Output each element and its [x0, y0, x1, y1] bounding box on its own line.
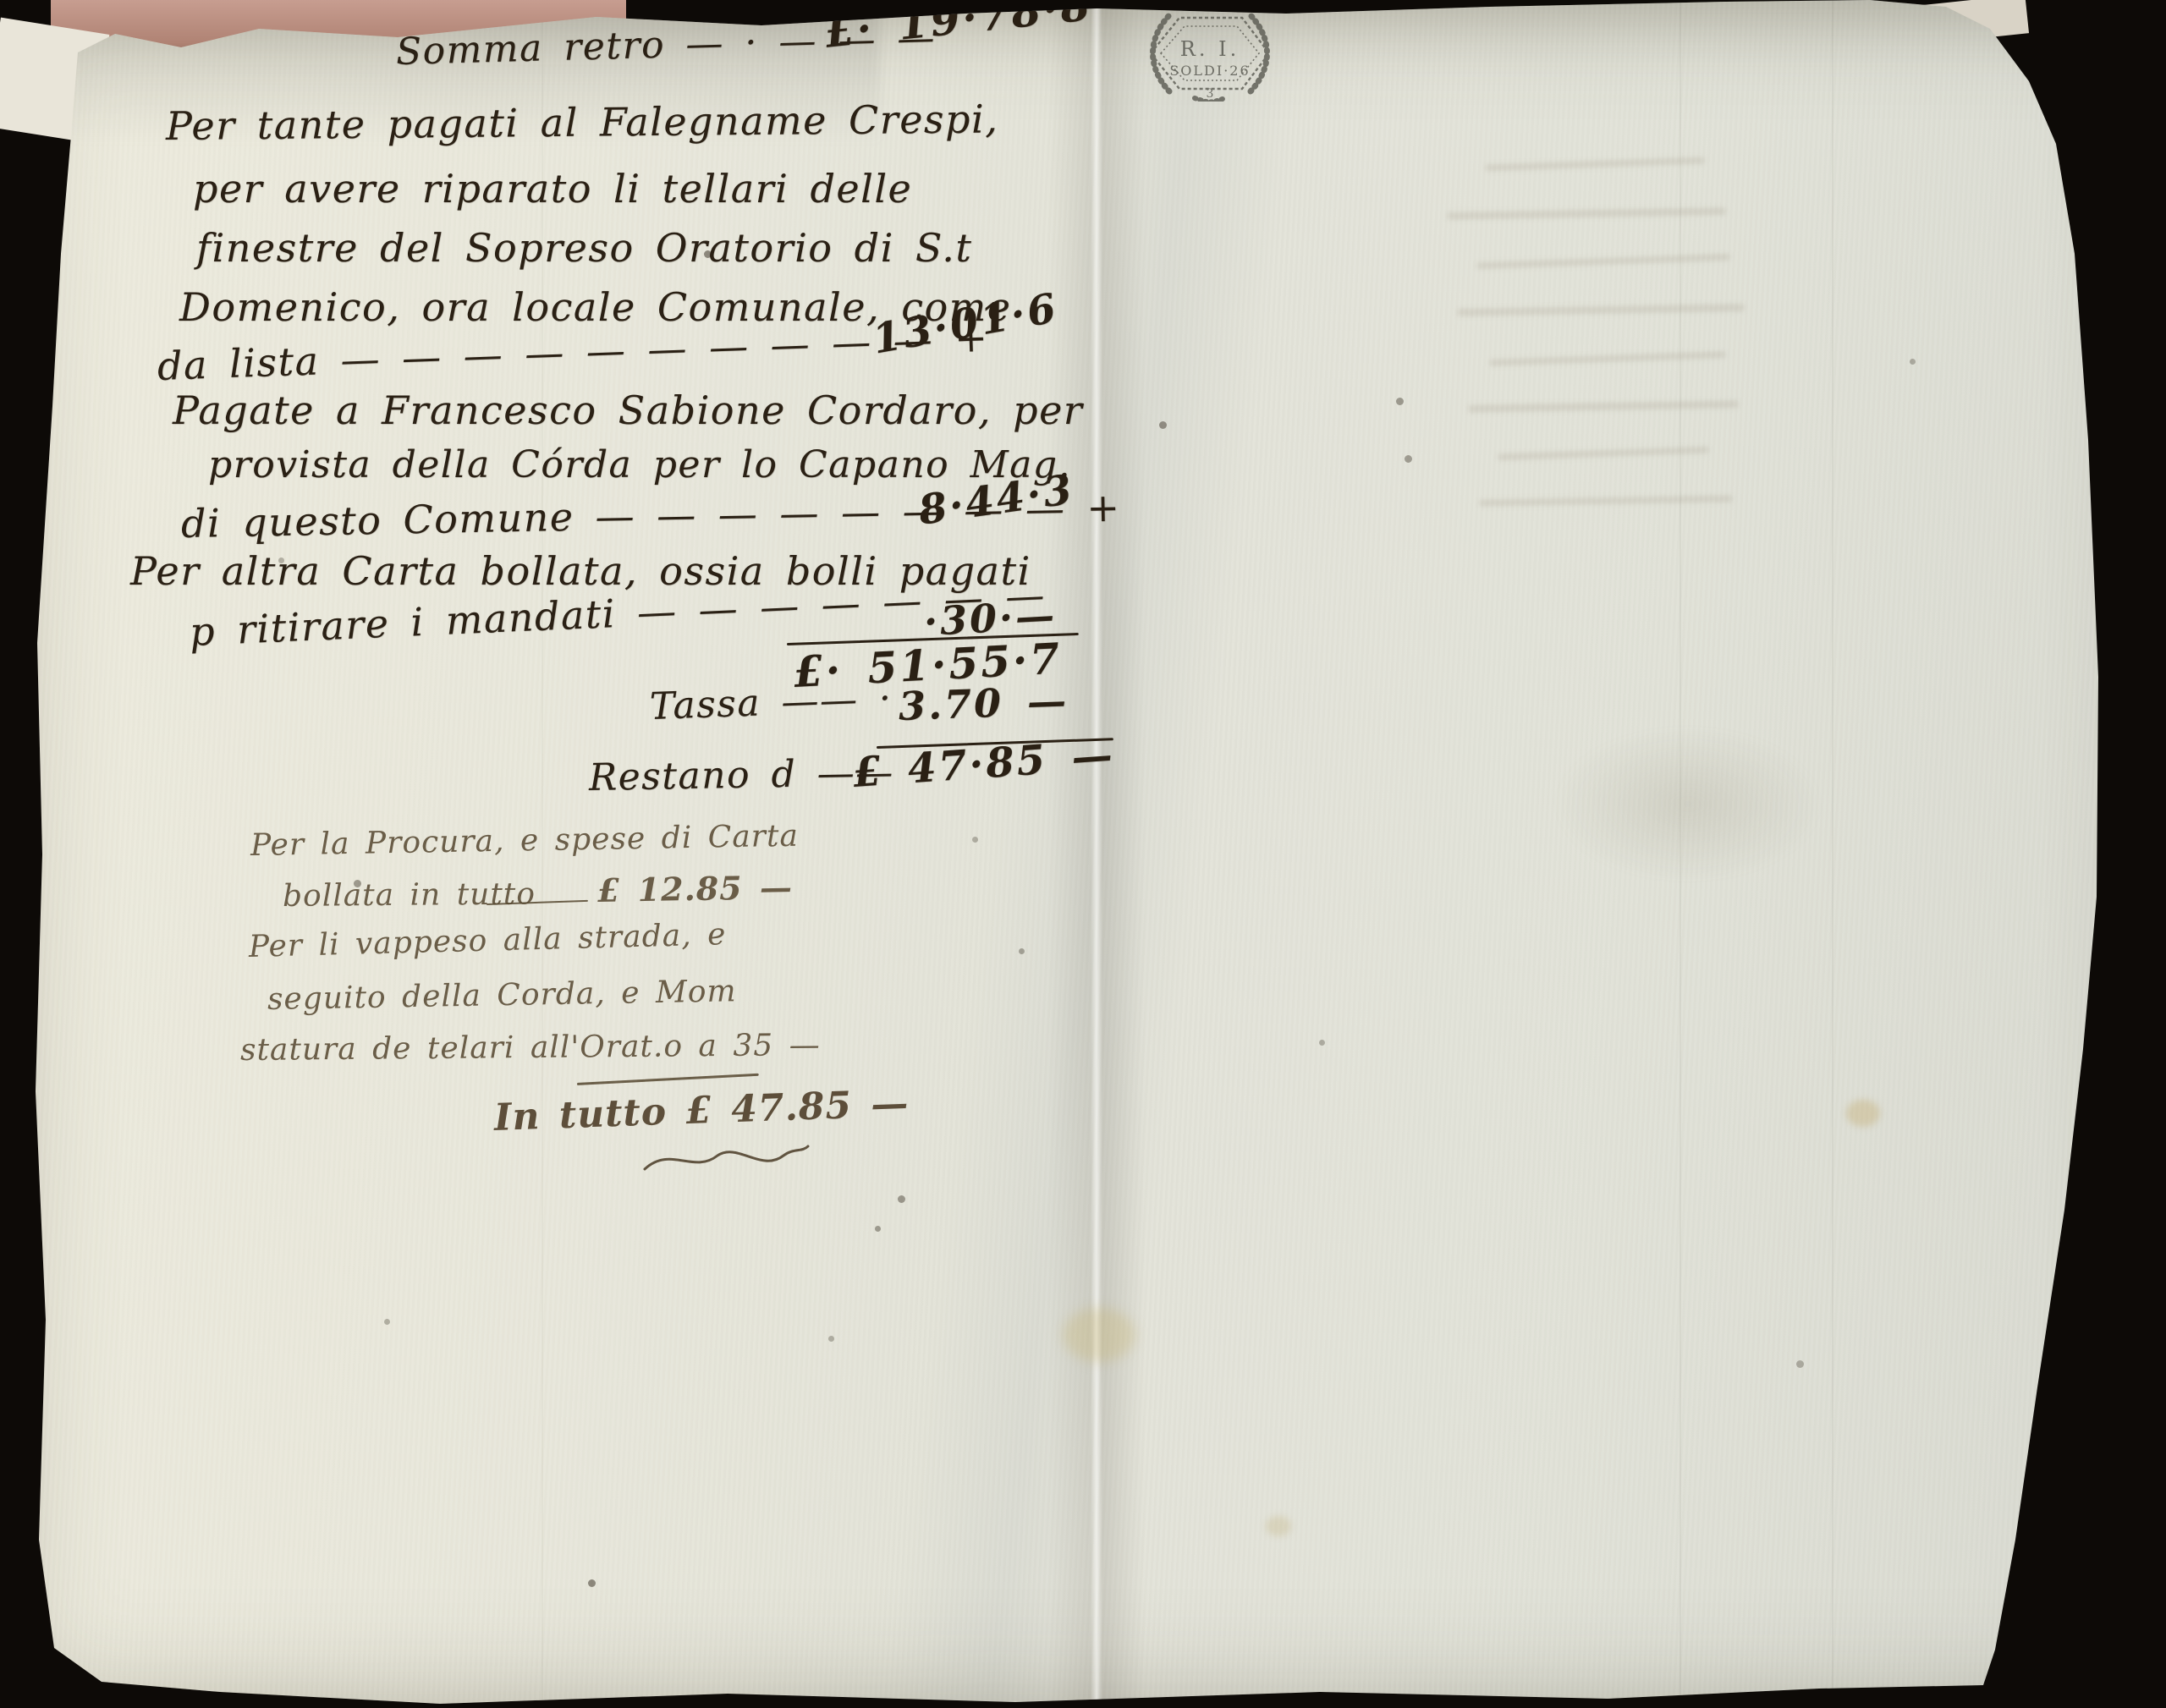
note-line2-amount: £ 12.85 — — [597, 871, 794, 907]
stain — [1266, 1516, 1291, 1536]
center-fold-crease — [1047, 0, 1146, 1708]
entry2-line1: Pagate a Francesco Sabione Cordaro, per — [173, 391, 1083, 430]
tassa-label: Tassa —— · — [649, 680, 893, 726]
entry1-line2: per avere riparato li tellari delle — [193, 169, 912, 208]
note-line2: bollata in tutto — [283, 879, 536, 912]
stain — [1846, 1100, 1880, 1127]
flourish-swash — [641, 1142, 811, 1181]
revenue-stamp: R. I. SOLDI·26 3 — [1144, 5, 1276, 102]
stamp-text-soldi: SOLDI·26 — [1169, 63, 1250, 79]
showthrough-blob — [1553, 726, 1823, 882]
restano-label: Restano d —— — [589, 755, 894, 797]
entry2-line2: provista della Córda per lo Capano Mag. — [208, 447, 1071, 484]
stamp-text-value: 3 — [1207, 87, 1214, 101]
note-line4: seguito della Corda, e Mom — [267, 976, 737, 1015]
document-photo: R. I. SOLDI·26 3 Somma retro — · — — — £… — [0, 0, 2166, 1708]
paper-crease — [1832, 0, 1833, 1708]
stain — [1063, 1308, 1135, 1362]
manuscript-sheet: R. I. SOLDI·26 3 Somma retro — · — — — £… — [0, 0, 2166, 1708]
entry1-line1: Per tante pagati al Falegname Crespi, — [166, 99, 999, 146]
ink-specks — [0, 0, 4, 4]
stamp-text-ri: R. I. — [1180, 37, 1240, 61]
note-line5: statura de telari all'Orat.o a 35 — — [240, 1030, 821, 1066]
tassa-amount: 3.70 — — [898, 681, 1069, 726]
entry1-line3: finestre del Sopreso Oratorio di S.t — [196, 228, 972, 267]
